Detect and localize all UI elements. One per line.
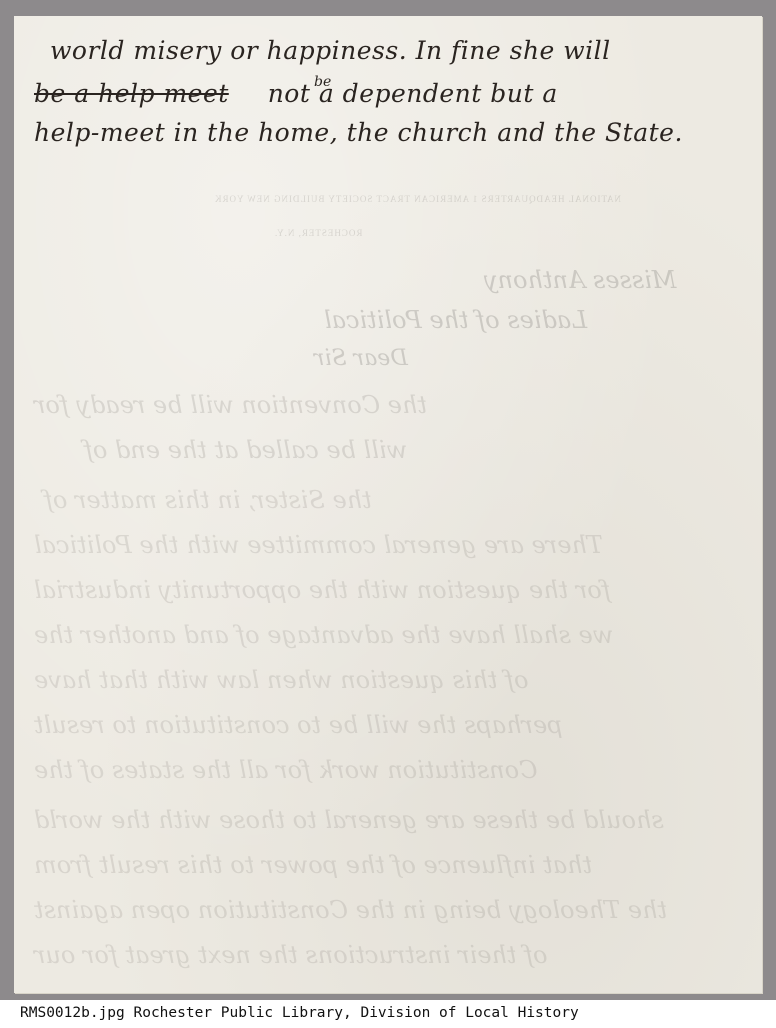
handwritten-line-2: be a help meet not a dependent but a	[34, 79, 558, 108]
handwritten-line-3: help-meet in the home, the church and th…	[34, 118, 683, 147]
bleed-through-writing: Ladies of the Political	[324, 306, 587, 334]
bleed-through-writing: of their instructions the next great for…	[34, 941, 548, 969]
bleed-through-writing: should be these are general to those wit…	[34, 806, 664, 834]
bleed-through-writing: Misses Anthony	[484, 266, 676, 294]
image-caption: RMS0012b.jpg Rochester Public Library, D…	[20, 1005, 579, 1021]
bleed-through-writing: of this question when law with that have	[34, 666, 528, 694]
inserted-word: be	[314, 74, 331, 90]
bleed-through-writing: perhaps the will be to constitution to r…	[34, 711, 563, 739]
bleed-through-writing: that influence of the power to this resu…	[34, 851, 592, 879]
scan-background: NATIONAL HEADQUARTERS 1 AMERICAN TRACT S…	[0, 0, 776, 1000]
bleed-through-letterhead-line: ROCHESTER, N.Y.	[274, 228, 362, 238]
bleed-through-letterhead: NATIONAL HEADQUARTERS 1 AMERICAN TRACT S…	[214, 194, 621, 204]
handwritten-line-1: world misery or happiness. In fine she w…	[50, 36, 611, 65]
bleed-through-writing: Dear Sir	[314, 346, 408, 371]
bleed-through-writing: There are general committee with the Pol…	[34, 531, 603, 559]
bleed-through-writing: for the question with the opportunity in…	[34, 576, 611, 604]
bleed-through-writing: the Convention will be ready for	[34, 391, 427, 419]
bleed-through-writing: the Sister, in this matter of	[44, 486, 372, 514]
bleed-through-writing: Constitution work for all the states of …	[34, 756, 537, 784]
manuscript-page: NATIONAL HEADQUARTERS 1 AMERICAN TRACT S…	[14, 16, 762, 993]
bleed-through-writing: the Theology being in the Constitution o…	[34, 896, 667, 924]
struck-through-text: be a help meet	[34, 79, 229, 108]
bleed-through-writing: will be called at the end of	[84, 436, 407, 464]
bleed-through-writing: we shall have the advantage of and anoth…	[34, 621, 613, 649]
